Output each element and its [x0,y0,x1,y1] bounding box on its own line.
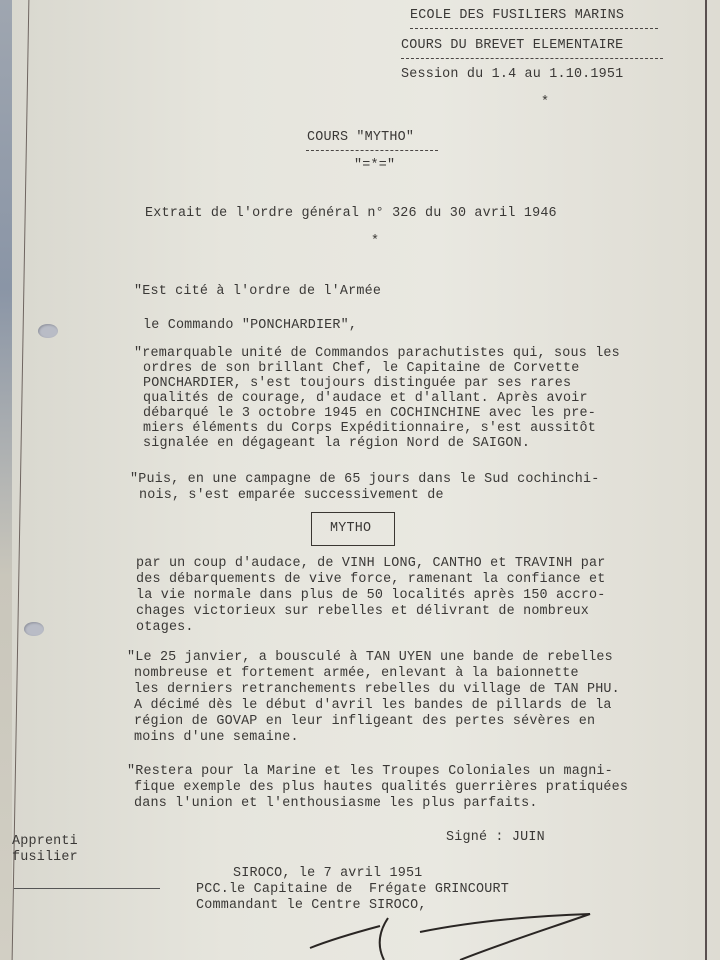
course-title: COURS "MYTHO" [307,130,414,145]
citation-line: moins d'une semaine. [134,730,299,745]
citation-line: "Restera pour la Marine et les Troupes C… [127,764,613,779]
title-asterisk: * [371,234,379,249]
pcc-line: PCC.le Capitaine de Frégate GRINCOURT [196,882,509,897]
title-ornament: "=*=" [354,158,395,173]
citation-line: "Puis, en une campagne de 65 jours dans … [130,472,599,487]
margin-note-line: fusilier [12,850,78,865]
citation-line: "remarquable unité de Commandos parachut… [134,346,620,361]
citation-unit: le Commando "PONCHARDIER", [143,318,357,333]
citation-line: signalée en dégageant la région Nord de … [143,436,530,451]
citation-line: A décimé dès le début d'avril les bandes… [134,698,612,713]
header-rule [401,58,663,59]
punch-hole-icon [38,324,58,338]
citation-line: otages. [136,620,194,635]
citation-line: "Le 25 janvier, a bousculé à TAN UYEN un… [127,650,613,665]
margin-rule [14,888,160,889]
place-date: SIROCO, le 7 avril 1951 [233,866,422,881]
citation-line: qualités de courage, d'audace et d'allan… [143,391,588,406]
title-underline [306,150,438,151]
header-rule [410,28,658,29]
handwritten-signature [300,910,600,960]
citation-line: région de GOVAP en leur infligeant des p… [134,714,595,729]
margin-note-line: Apprenti [12,834,78,849]
boxed-place-name: MYTHO [330,521,371,536]
school-name: ECOLE DES FUSILIERS MARINS [410,8,624,23]
citation-line: nombreuse et fortement armée, enlevant à… [134,666,579,681]
highlighted-place-box: MYTHO [311,512,395,546]
citation-line: débarqué le 3 octobre 1945 en COCHINCHIN… [143,406,596,421]
citation-line: la vie normale dans plus de 50 localités… [136,588,605,603]
punch-hole-icon [24,622,44,636]
citation-line: PONCHARDIER, s'est toujours distinguée p… [143,376,571,391]
citation-line: les derniers retranchements rebelles du … [134,682,620,697]
order-extract: Extrait de l'ordre général n° 326 du 30 … [145,206,557,221]
citation-line: ordres de son brillant Chef, le Capitain… [143,361,580,376]
citation-line: fique exemple des plus hautes qualités g… [134,780,628,795]
right-margin-line [705,0,707,960]
signed-by: Signé : JUIN [446,830,545,845]
citation-line: dans l'union et l'enthousiasme les plus … [134,796,538,811]
session-dates: Session du 1.4 au 1.10.1951 [401,67,623,82]
course-name: COURS DU BREVET ELEMENTAIRE [401,38,623,53]
citation-line: miers éléments du Corps Expéditionnaire,… [143,421,596,436]
citation-line: nois, s'est emparée successivement de [139,488,444,503]
citation-intro: "Est cité à l'ordre de l'Armée [134,284,381,299]
header-asterisk: * [541,95,549,110]
citation-line: chages victorieux sur rebelles et délivr… [136,604,589,619]
citation-line: par un coup d'audace, de VINH LONG, CANT… [136,556,605,571]
citation-line: des débarquements de vive force, ramenan… [136,572,605,587]
desk-background [0,0,12,960]
